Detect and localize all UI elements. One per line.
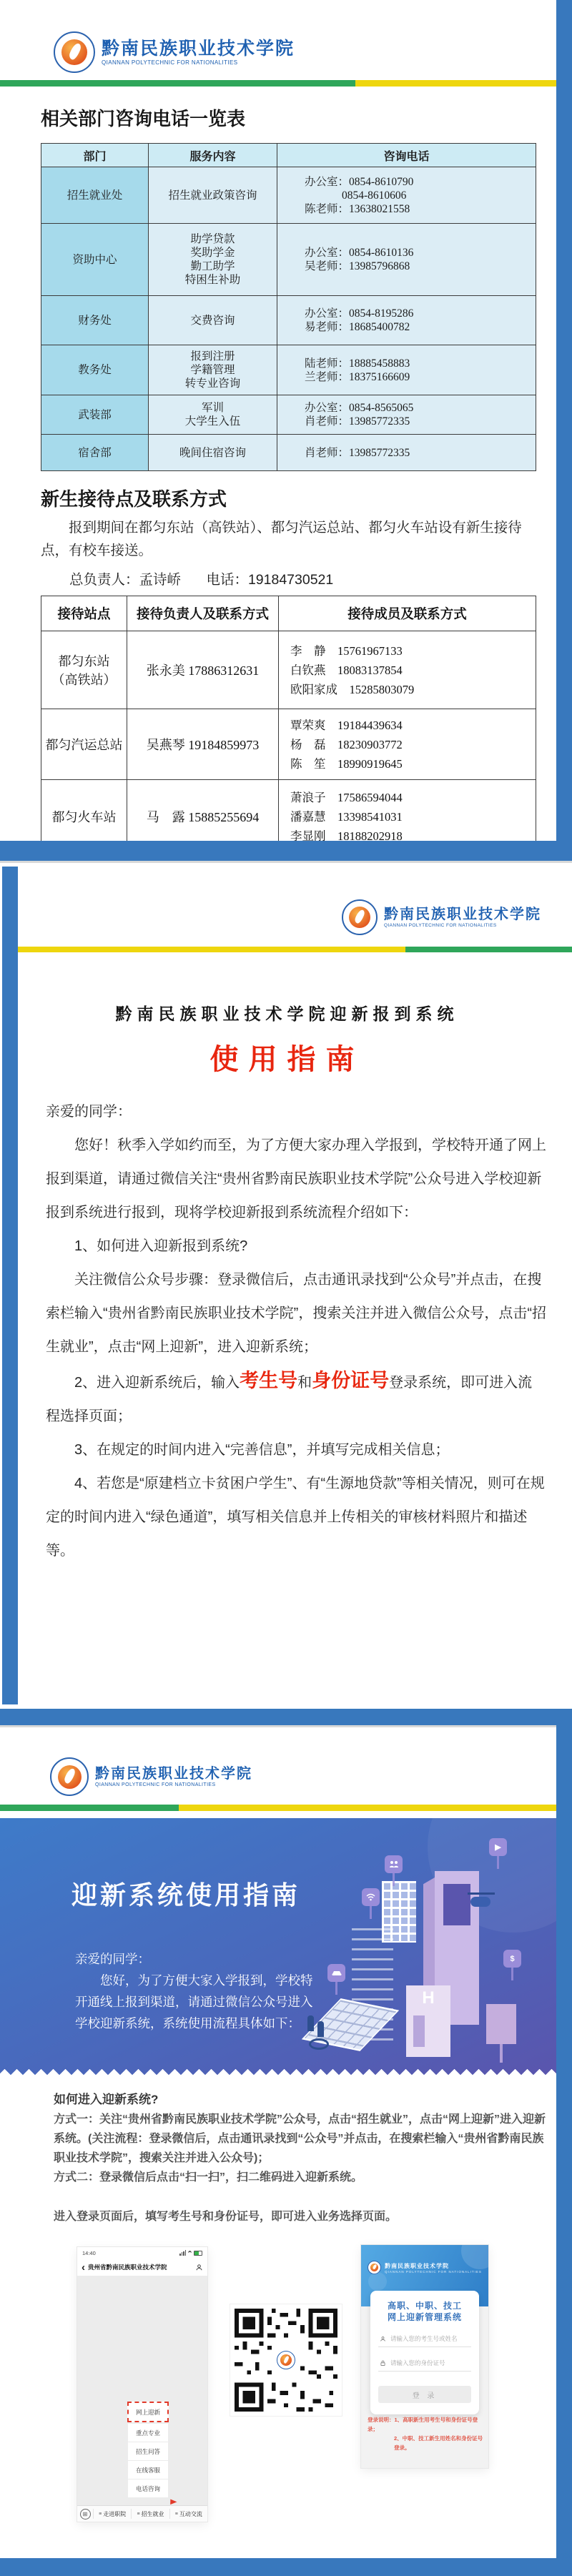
reception-intro: 报到期间在都匀东站（高铁站）、都匀汽运总站、都匀火车站设有新生接待点，有校车接送… — [41, 516, 536, 562]
status-icons — [179, 2250, 202, 2256]
phone-cell: 办公室：0854-8565065 肖老师：13985772335 — [277, 395, 536, 435]
video-icon: ▶ — [489, 1838, 507, 1856]
people-figures — [303, 2010, 332, 2053]
accent-bar-green — [0, 1805, 179, 1811]
dept-cell: 武装部 — [41, 395, 149, 435]
school-emblem-icon — [54, 31, 95, 73]
phone-cell: 办公室：0854-8610790 0854-8610606 陈老师：136380… — [277, 167, 536, 224]
phone-line: 兰老师：18375166609 — [305, 370, 533, 384]
station-line: （高铁站） — [43, 670, 125, 689]
accent-bar-yellow — [355, 80, 556, 87]
id-number-field[interactable]: 请输入您的身份证号 — [378, 2354, 471, 2372]
table-row: 财务处 交费咨询 办公室：0854-8195286 易老师：1868540078… — [41, 296, 536, 345]
table-row: 都匀汽运总站 吴燕琴 19184859973 覃荣爽 19184439634 杨… — [41, 709, 536, 780]
service-cell: 交费咨询 — [149, 296, 277, 345]
guide-paragraph: 1、如何进入迎新报到系统? — [46, 1230, 546, 1263]
phone-line: 吴老师：13985796868 — [305, 260, 533, 273]
method-two: 方式二：登录微信后点击“扫一扫”，扫二维码进入迎新系统。 — [54, 2168, 554, 2187]
segment: 2、进入迎新系统后，输入 — [74, 1375, 240, 1391]
phone-line: 办公室：0854-8565065 — [305, 401, 533, 415]
tap-cursor-icon — [169, 2497, 177, 2505]
tab-label: 招生就业 — [142, 2510, 164, 2518]
guide-paragraph: 3、在规定的时间内进入“完善信息”，并填写完成相关信息； — [46, 1433, 546, 1467]
phone-cell: 肖老师：13985772335 — [277, 435, 536, 471]
login-system-title: 高职、中职、技工 网上迎新管理系统 — [378, 2300, 471, 2323]
school-emblem-icon — [277, 2351, 295, 2369]
phone-line: 办公室：0854-8610790 — [305, 175, 533, 189]
service-line: 晚间住宿咨询 — [152, 446, 274, 460]
phone-line: 办公室：0854-8195286 — [305, 307, 533, 320]
guide-title: 黔南民族职业技术学院迎新报到系统 — [18, 1001, 556, 1025]
service-line: 特困生补助 — [152, 273, 274, 287]
member-line: 潘嘉慧 13398541031 — [290, 807, 534, 826]
school-name-cn: 黔南民族职业技术学院 — [384, 907, 541, 923]
service-line: 勤工助学 — [152, 260, 274, 273]
school-logo-page1: 黔南民族职业技术学院 QIANNAN POLYTECHNIC FOR NATIO… — [54, 31, 295, 73]
dollar-icon: $ — [503, 1950, 521, 1968]
leader-phone: 电话：19184730521 — [206, 572, 333, 588]
dept-cell: 财务处 — [41, 296, 149, 345]
col-header-phone: 咨询电话 — [277, 144, 536, 167]
exam-number-emphasis: 考生号 — [240, 1370, 297, 1391]
member-line: 杨 磊 18230903772 — [290, 735, 534, 754]
col-header-dept: 部门 — [41, 144, 149, 167]
how-title: 如何进入迎新系统? — [54, 2089, 554, 2107]
service-line: 报到注册 — [152, 350, 274, 363]
wechat-phone-mockup: 14:40 ‹ 贵州省黔南民族职业技术学院 网上迎新 重点专业 招生问答 在线客… — [77, 2247, 207, 2522]
menu-popup: 网上迎新 重点专业 招生问答 在线客服 电话咨询 — [127, 2402, 169, 2498]
table-row: 宿舍部 晚间住宿咨询 肖老师：13985772335 — [41, 435, 536, 471]
school-name-cn: 黔南民族职业技术学院 — [385, 2262, 482, 2270]
dept-cell: 招生就业处 — [41, 167, 149, 224]
car-icon — [327, 1964, 345, 1982]
menu-item-phone-consult[interactable]: 电话咨询 — [127, 2479, 169, 2498]
service-line: 转专业咨询 — [152, 377, 274, 390]
login-brand-text: 黔南民族职业技术学院 QIANNAN POLYTECHNIC FOR NATIO… — [385, 2262, 482, 2274]
login-note-line: 2、中职、技工新生用姓名和身份证号登录。 — [368, 2434, 485, 2452]
phone-line: 肖老师：13985772335 — [305, 415, 533, 428]
reception-station-table: 接待站点 接待负责人及联系方式 接待成员及联系方式 都匀东站 （高铁站） 张永美… — [41, 596, 536, 854]
page-divider-band — [0, 1709, 572, 1727]
banner-text: 亲爱的同学： 您好，为了方便大家入学报到，学校特开通线上报到渠道，请通过微信公众… — [75, 1948, 315, 2034]
wifi-icon — [188, 2251, 192, 2256]
service-line: 助学贷款 — [152, 232, 274, 246]
table-row: 武装部 军训 大学生入伍 办公室：0854-8565065 肖老师：139857… — [41, 395, 536, 435]
service-line: 军训 — [152, 401, 274, 415]
user-icon — [380, 2336, 386, 2342]
phone-table-title: 相关部门咨询电话一览表 — [41, 104, 245, 131]
reception-leader-line: 总负责人：孟诗峤 电话：19184730521 — [69, 568, 333, 588]
login-brand: 黔南民族职业技术学院 QIANNAN POLYTECHNIC FOR NATIO… — [361, 2261, 488, 2274]
col-header-station: 接待站点 — [41, 596, 127, 631]
login-title-line1: 高职、中职、技工 — [378, 2300, 471, 2311]
school-name-en: QIANNAN POLYTECHNIC FOR NATIONALITIES — [384, 923, 541, 928]
phone-line: 办公室：0854-8610136 — [305, 246, 533, 260]
bottom-band — [0, 2558, 572, 2576]
station-cell: 都匀汽运总站 — [41, 709, 127, 780]
service-line: 学籍管理 — [152, 363, 274, 377]
wifi-icon — [362, 1888, 380, 1906]
service-cell: 晚间住宿咨询 — [149, 435, 277, 471]
wechat-nav-bar: ‹ 贵州省黔南民族职业技术学院 — [77, 2259, 207, 2276]
col-header-service: 服务内容 — [149, 144, 277, 167]
guide-paragraph: 关注微信公众号步骤：登录微信后，点击通讯录找到“公众号”并点击，在搜索栏输入“贵… — [46, 1263, 546, 1364]
login-notes: 登录说明：1、高职新生用考生号和身份证号登录； 2、中职、技工新生用姓名和身份证… — [368, 2415, 485, 2452]
login-title-line2: 网上迎新管理系统 — [378, 2311, 471, 2323]
accent-bar-green — [0, 80, 355, 87]
phone-cell: 办公室：0854-8195286 易老师：18685400782 — [277, 296, 536, 345]
welcome-system-qr-code[interactable] — [230, 2304, 342, 2416]
page-divider-band — [0, 841, 572, 863]
col-header-manager: 接待负责人及联系方式 — [127, 596, 279, 631]
col-header-members: 接待成员及联系方式 — [279, 596, 536, 631]
banner-paragraph: 您好，为了方便大家入学报到，学校特开通线上报到渠道，请通过微信公众号进入学校迎新… — [75, 1970, 315, 2034]
phone-cell: 陆老师：18885458883 兰老师：18375166609 — [277, 345, 536, 395]
table-row: 招生就业处 招生就业政策咨询 办公室：0854-8610790 0854-861… — [41, 167, 536, 224]
login-card: 高职、中职、技工 网上迎新管理系统 请输入您的考生号或姓名 请输入您的身份证号 … — [370, 2291, 479, 2414]
signal-icon — [179, 2250, 186, 2256]
phone-cell: 办公室：0854-8610136 吴老师：13985796868 — [277, 224, 536, 296]
table-row: 教务处 报到注册 学籍管理 转专业咨询 陆老师：18885458883 兰老师：… — [41, 345, 536, 395]
sign-board — [486, 2004, 516, 2044]
guide-paragraph: 4、若您是“原建档立卡贫困户学生”、有“生源地贷款”等相关情况，则可在规定的时间… — [46, 1467, 546, 1568]
school-emblem-icon — [368, 2261, 381, 2274]
school-logo-text: 黔南民族职业技术学院 QIANNAN POLYTECHNIC FOR NATIO… — [95, 1766, 252, 1787]
station-cell: 都匀东站 （高铁站） — [41, 631, 127, 709]
official-account-title: 贵州省黔南民族职业技术学院 — [88, 2263, 192, 2271]
table-header-row: 部门 服务内容 咨询电话 — [41, 144, 536, 167]
phone-line: 易老师：18685400782 — [305, 320, 533, 334]
lock-icon — [380, 2360, 386, 2367]
manager-cell: 张永美 17886312631 — [127, 631, 279, 709]
login-note: 进入登录页面后，填写考生号和身份证号，即可进入业务选择页面。 — [54, 2207, 554, 2226]
station-line: 都匀东站 — [43, 651, 125, 670]
accent-bar-yellow — [18, 947, 405, 952]
people-icon — [385, 1855, 403, 1873]
page2-left-border — [2, 867, 18, 1704]
manager-cell: 吴燕琴 19184859973 — [127, 709, 279, 780]
phone-line: 肖老师：13985772335 — [305, 446, 533, 460]
school-logo-page2: 黔南民族职业技术学院 QIANNAN POLYTECHNIC FOR NATIO… — [342, 899, 541, 935]
page3-right-border — [556, 1725, 572, 2558]
dept-cell: 资助中心 — [41, 224, 149, 296]
accent-bar-page1 — [0, 80, 556, 87]
phone-line: 陆老师：18885458883 — [305, 357, 533, 370]
service-cell: 助学贷款 奖助学金 勤工助学 特困生补助 — [149, 224, 277, 296]
menu-item-key-majors[interactable]: 重点专业 — [127, 2424, 169, 2442]
qr-center-logo — [275, 2349, 297, 2371]
login-button[interactable]: 登 录 — [378, 2386, 471, 2403]
guide-paragraph: 您好！秋季入学如约而至，为了方便大家办理入学报到，学校特开通了网上报到渠道，请通… — [46, 1129, 546, 1230]
reception-title: 新生接待点及联系方式 — [41, 485, 227, 511]
guide-subtitle: 使用指南 — [18, 1037, 556, 1077]
status-bar: 14:40 — [77, 2247, 207, 2259]
department-phone-table: 部门 服务内容 咨询电话 招生就业处 招生就业政策咨询 办公室：0854-861… — [41, 143, 536, 471]
school-logo-text: 黔南民族职业技术学院 QIANNAN POLYTECHNIC FOR NATIO… — [384, 907, 541, 928]
wechat-menu-bar: ⊞ ≡走进职院 ≡招生就业 ≡互动交流 — [77, 2505, 207, 2522]
salutation: 亲爱的同学： — [75, 1948, 315, 1970]
table-row: 都匀东站 （高铁站） 张永美 17886312631 李 静 157619671… — [41, 631, 536, 709]
member-line: 陈 笙 18990919645 — [290, 754, 534, 774]
service-cell: 招生就业政策咨询 — [149, 167, 277, 224]
id-number-emphasis: 身份证号 — [312, 1370, 389, 1391]
accent-bar-page2 — [18, 947, 572, 952]
phone-line: 0854-8610606 — [305, 189, 533, 202]
salutation: 亲爱的同学： — [46, 1095, 546, 1129]
tab-label: 互动交流 — [179, 2510, 202, 2518]
accent-bar-page3 — [0, 1805, 556, 1811]
member-line: 李 静 15761967133 — [290, 641, 534, 661]
school-name-cn: 黔南民族职业技术学院 — [102, 39, 295, 59]
building-h: H — [406, 1985, 450, 2057]
tab-interaction[interactable]: ≡互动交流 — [169, 2509, 207, 2519]
id-placeholder: 请输入您的身份证号 — [390, 2359, 445, 2367]
keyboard-icon[interactable]: ⊞ — [77, 2509, 93, 2520]
account-placeholder: 请输入您的考生号或姓名 — [390, 2334, 458, 2343]
helicopter-icon — [470, 1892, 499, 1911]
campus-illustration: H ▶ $ — [307, 1827, 554, 2070]
member-line: 欧阳家成 15285803079 — [290, 680, 534, 699]
back-icon[interactable]: ‹ — [82, 2262, 85, 2273]
chat-area: 网上迎新 重点专业 招生问答 在线客服 电话咨询 — [77, 2276, 207, 2505]
school-emblem-icon — [342, 899, 378, 935]
accent-bar-green — [405, 947, 572, 952]
member-line: 萧浪子 17586594044 — [290, 788, 534, 807]
login-note-line: 登录说明：1、高职新生用考生号和身份证号登录； — [368, 2415, 485, 2434]
members-cell: 覃荣爽 19184439634 杨 磊 18230903772 陈 笙 1899… — [279, 709, 536, 780]
member-line: 白钦燕 18083137854 — [290, 661, 534, 680]
menu-item-online-welcome[interactable]: 网上迎新 — [127, 2402, 169, 2422]
service-line: 交费咨询 — [152, 314, 274, 327]
login-phone-mockup: 黔南民族职业技术学院 QIANNAN POLYTECHNIC FOR NATIO… — [361, 2245, 488, 2468]
profile-icon[interactable] — [195, 2264, 203, 2271]
banner-title: 迎新系统使用指南 — [71, 1875, 300, 1912]
tab-admissions[interactable]: ≡招生就业 — [131, 2509, 169, 2519]
service-cell: 军训 大学生入伍 — [149, 395, 277, 435]
dept-cell: 宿舍部 — [41, 435, 149, 471]
school-name-en: QIANNAN POLYTECHNIC FOR NATIONALITIES — [102, 59, 295, 66]
service-line: 大学生入伍 — [152, 415, 274, 428]
poster-root: 黔南民族职业技术学院 QIANNAN POLYTECHNIC FOR NATIO… — [0, 0, 572, 2576]
school-name-en: QIANNAN POLYTECHNIC FOR NATIONALITIES — [95, 1782, 252, 1787]
guide-paragraph: 2、进入迎新系统后，输入考生号和身份证号登录系统，即可进入流程选择页面； — [46, 1364, 546, 1433]
tab-about-college[interactable]: ≡走进职院 — [93, 2509, 131, 2519]
menu-item-admissions-qa[interactable]: 招生问答 — [127, 2442, 169, 2461]
members-cell: 李 静 15761967133 白钦燕 18083137854 欧阳家成 152… — [279, 631, 536, 709]
school-name-cn: 黔南民族职业技术学院 — [95, 1766, 252, 1782]
school-emblem-icon — [50, 1757, 89, 1796]
school-logo-page3: 黔南民族职业技术学院 QIANNAN POLYTECHNIC FOR NATIO… — [50, 1757, 252, 1796]
segment: 和 — [297, 1375, 312, 1391]
guide-banner: 迎新系统使用指南 亲爱的同学： 您好，为了方便大家入学报到，学校特开通线上报到渠… — [0, 1818, 556, 2077]
service-line: 招生就业政策咨询 — [152, 189, 274, 202]
member-line: 覃荣爽 19184439634 — [290, 716, 534, 735]
leader-name: 总负责人：孟诗峤 — [69, 572, 181, 588]
account-field[interactable]: 请输入您的考生号或姓名 — [378, 2329, 471, 2347]
service-cell: 报到注册 学籍管理 转专业咨询 — [149, 345, 277, 395]
accent-bar-yellow — [179, 1805, 556, 1811]
method-one: 方式一：关注“贵州省黔南民族职业技术学院”公众号，点击“招生就业”，点击“网上迎… — [54, 2110, 554, 2168]
guide-body: 亲爱的同学： 您好！秋季入学如约而至，为了方便大家办理入学报到，学校特开通了网上… — [46, 1095, 546, 1568]
tab-label: 走进职院 — [103, 2510, 126, 2518]
how-to-section: 如何进入迎新系统? 方式一：关注“贵州省黔南民族职业技术学院”公众号，点击“招生… — [54, 2089, 554, 2226]
school-name-en: QIANNAN POLYTECHNIC FOR NATIONALITIES — [385, 2270, 482, 2274]
zigzag-edge — [0, 2066, 556, 2077]
page1-right-border — [556, 0, 572, 841]
battery-icon — [194, 2251, 202, 2256]
phone-line: 陈老师：13638021558 — [305, 202, 533, 216]
service-line: 奖助学金 — [152, 246, 274, 260]
menu-item-online-service[interactable]: 在线客服 — [127, 2461, 169, 2479]
table-header-row: 接待站点 接待负责人及联系方式 接待成员及联系方式 — [41, 596, 536, 631]
school-logo-text: 黔南民族职业技术学院 QIANNAN POLYTECHNIC FOR NATIO… — [102, 39, 295, 66]
dept-cell: 教务处 — [41, 345, 149, 395]
table-row: 资助中心 助学贷款 奖助学金 勤工助学 特困生补助 办公室：0854-86101… — [41, 224, 536, 296]
clock: 14:40 — [82, 2250, 96, 2256]
